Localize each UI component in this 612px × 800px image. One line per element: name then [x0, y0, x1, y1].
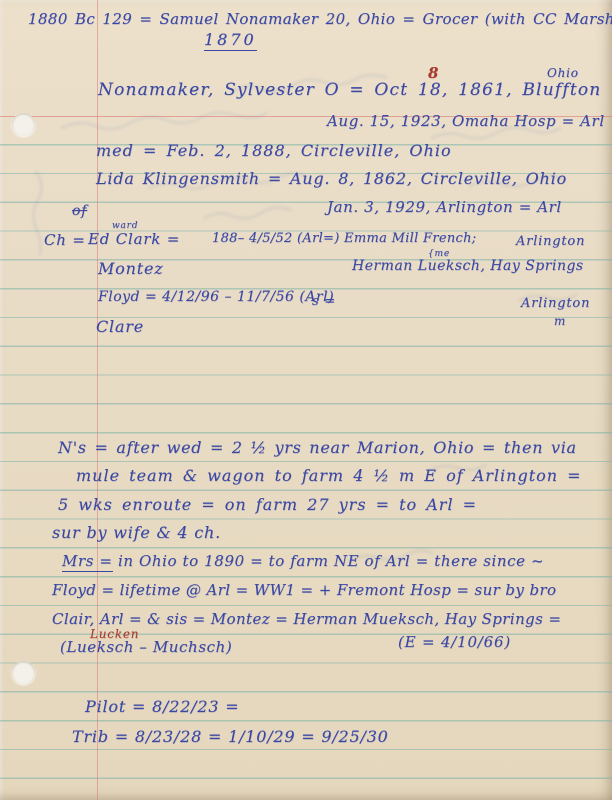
punch-hole-top — [12, 113, 35, 136]
subject-name-birth-line: Nonamaker, Sylvester O = Oct 18, 1861, B… — [98, 80, 601, 100]
child1-insert: ward — [112, 221, 138, 231]
subject-state-superscript: Ohio — [547, 66, 579, 80]
census-source-line: 1880 Bc 129 = Samuel Nonamaker 20, Ohio … — [28, 10, 612, 28]
source-pilot-line: Pilot = 8/22/23 = — [85, 697, 239, 716]
mrs-label: Mrs = — [62, 552, 113, 572]
notes-line-8: (Lueksch – Muchsch) — [60, 638, 232, 656]
child4-name: Clare — [96, 317, 144, 336]
notes-line-5: Mrs = in Ohio to 1890 = to farm NE of Ar… — [62, 552, 544, 570]
census-year-text: 1870 — [204, 30, 257, 51]
child3-place: Arlington — [521, 296, 590, 311]
notebook-page: 1880 Bc 129 = Samuel Nonamaker 20, Ohio … — [0, 0, 612, 800]
child1-dates-spouse: 188– 4/5/52 (Arl=) Emma Mill French; — [212, 231, 476, 246]
notes-line-7: Clair, Arl = & sis = Montez = Herman Mue… — [52, 610, 561, 628]
census-year: 1870 — [204, 30, 257, 49]
child2-insert: {me — [428, 249, 450, 259]
child3-dates: Floyd = 4/12/96 – 11/7/56 (Arl) — [98, 289, 334, 305]
notes-line-2: mule team & wagon to farm 4 ½ m E of Arl… — [76, 466, 582, 485]
children-label: Ch = — [44, 231, 86, 249]
scratched-out-word: of — [72, 203, 87, 219]
punch-hole-bottom — [12, 661, 35, 684]
child2-spouse: Herman Lueksch, Hay Springs — [352, 258, 584, 274]
e-date-note: (E = 4/10/66) — [398, 633, 511, 651]
child2-name: Montez — [98, 259, 163, 278]
child3-m-mark: m — [554, 314, 566, 328]
notes-line-4: sur by wife & 4 ch. — [52, 523, 221, 542]
child1-place: Arlington — [516, 234, 585, 249]
margin-line — [97, 0, 98, 800]
red-name-insert: Lucken — [90, 627, 139, 641]
wife-name-birth-line: Lida Klingensmith = Aug. 8, 1862, Circle… — [96, 169, 567, 188]
subject-death-line: Aug. 15, 1923, Omaha Hosp = Arl — [327, 112, 605, 130]
child3-s-mark: s = — [312, 294, 336, 309]
notes-line-6: Floyd = lifetime @ Arl = WW1 = + Fremont… — [52, 581, 556, 599]
source-trib-line: Trib = 8/23/28 = 1/10/29 = 9/25/30 — [72, 727, 389, 746]
notes-line-5-text: in Ohio to 1890 = to farm NE of Arl = th… — [113, 552, 545, 570]
marriage-line: med = Feb. 2, 1888, Circleville, Ohio — [96, 141, 452, 160]
notes-line-3: 5 wks enroute = on farm 27 yrs = to Arl … — [58, 495, 477, 514]
child1-name: Ed Clark = — [88, 230, 180, 248]
notes-line-1: N's = after wed = 2 ½ yrs near Marion, O… — [58, 438, 577, 457]
wife-death-line: Jan. 3, 1929, Arlington = Arl — [327, 198, 562, 216]
red-date-correction: 8 — [428, 64, 439, 82]
